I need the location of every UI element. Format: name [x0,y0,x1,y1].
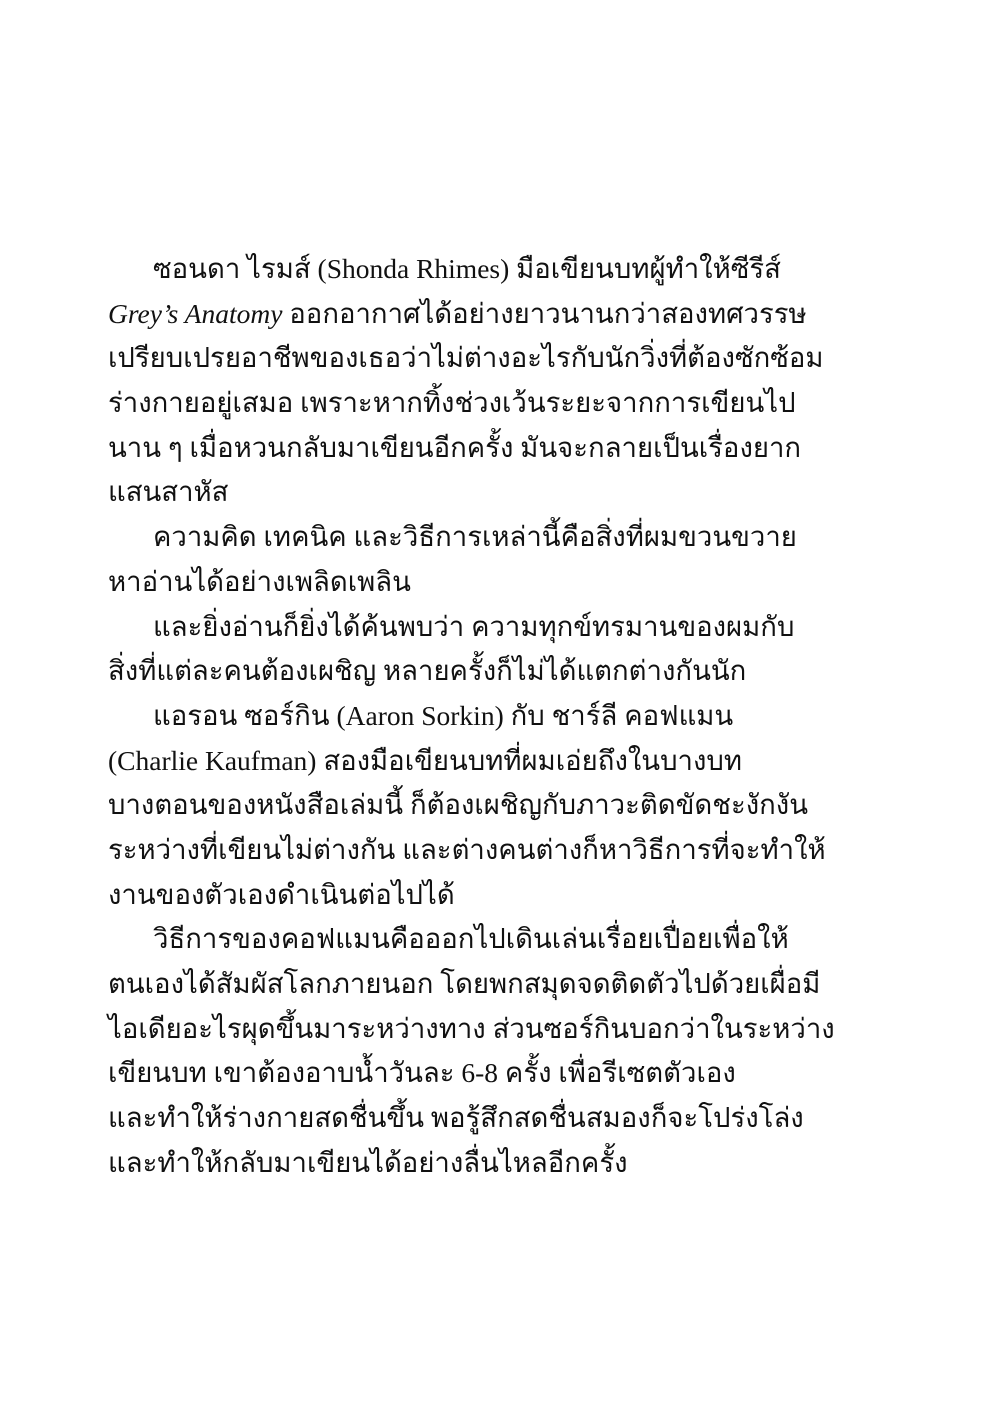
text-line: ความคิด เทคนิค และวิธีการเหล่านี้คือสิ่ง… [108,515,892,560]
text-line: ระหว่างที่เขียนไม่ต่างกัน และต่างคนต่างก… [108,828,892,873]
text-line: สิ่งที่แต่ละคนต้องเผชิญ หลายครั้งก็ไม่ได… [108,649,892,694]
text-line: นาน ๆ เมื่อหวนกลับมาเขียนอีกครั้ง มันจะก… [108,426,892,471]
text-line: งานของตัวเองดำเนินต่อไปได้ [108,873,892,918]
text-line: ไอเดียอะไรผุดขึ้นมาระหว่างทาง ส่วนซอร์กิ… [108,1007,892,1052]
text-line: เปรียบเปรยอาชีพของเธอว่าไม่ต่างอะไรกับนั… [108,336,892,381]
paragraph-3: และยิ่งอ่านก็ยิ่งได้ค้นพบว่า ความทุกข์ทร… [108,605,892,694]
text-line: ตนเองได้สัมผัสโลกภายนอก โดยพกสมุดจดติดตั… [108,962,892,1007]
text-line: และทำให้กลับมาเขียนได้อย่างลื่นไหลอีกครั… [108,1141,892,1186]
text-line: เขียนบท เขาต้องอาบน้ำวันละ 6-8 ครั้ง เพื… [108,1051,892,1096]
text-line: ร่างกายอยู่เสมอ เพราะหากทิ้งช่วงเว้นระยะ… [108,381,892,426]
text-line: Grey’s Anatomy ออกอากาศได้อย่างยาวนานกว่… [108,292,892,337]
text-line: วิธีการของคอฟแมนคือออกไปเดินเล่นเรื่อยเป… [108,917,892,962]
text-segment: ออกอากาศได้อย่างยาวนานกว่าสองทศวรรษ [282,298,806,329]
book-title-italic: Grey’s Anatomy [108,298,282,329]
paragraph-5: วิธีการของคอฟแมนคือออกไปเดินเล่นเรื่อยเป… [108,917,892,1185]
text-line: และยิ่งอ่านก็ยิ่งได้ค้นพบว่า ความทุกข์ทร… [108,605,892,650]
text-line: (Charlie Kaufman) สองมือเขียนบทที่ผมเอ่ย… [108,739,892,784]
paragraph-1: ซอนดา ไรมส์ (Shonda Rhimes) มือเขียนบทผู… [108,247,892,515]
paragraph-2: ความคิด เทคนิค และวิธีการเหล่านี้คือสิ่ง… [108,515,892,604]
text-line: แอรอน ซอร์กิน (Aaron Sorkin) กับ ชาร์ลี … [108,694,892,739]
text-line: ซอนดา ไรมส์ (Shonda Rhimes) มือเขียนบทผู… [108,247,892,292]
book-page: ซอนดา ไรมส์ (Shonda Rhimes) มือเขียนบทผู… [0,0,992,1407]
text-line: บางตอนของหนังสือเล่มนี้ ก็ต้องเผชิญกับภา… [108,783,892,828]
body-text: ซอนดา ไรมส์ (Shonda Rhimes) มือเขียนบทผู… [108,247,892,1185]
text-line: และทำให้ร่างกายสดชื่นขึ้น พอรู้สึกสดชื่น… [108,1096,892,1141]
text-line: แสนสาหัส [108,470,892,515]
paragraph-4: แอรอน ซอร์กิน (Aaron Sorkin) กับ ชาร์ลี … [108,694,892,917]
text-line: หาอ่านได้อย่างเพลิดเพลิน [108,560,892,605]
